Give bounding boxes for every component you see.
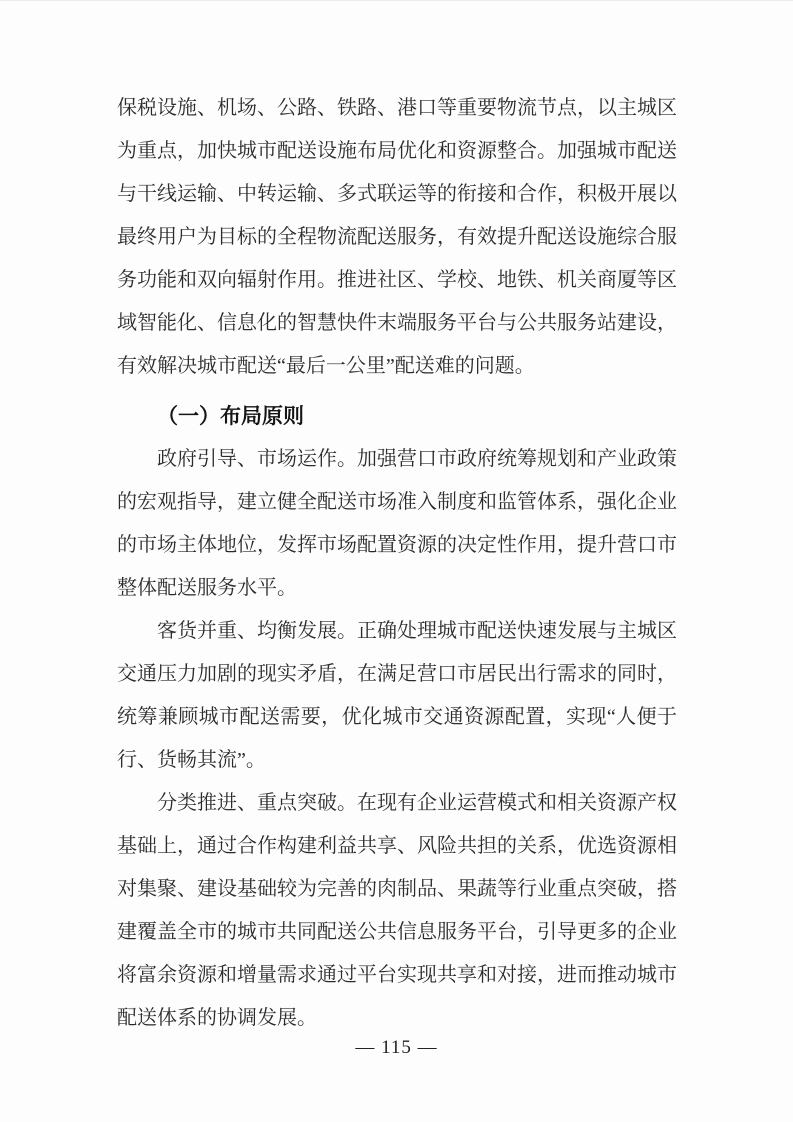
paragraph-1-line: 为重点，加快城市配送设施布局优化和资源整合。加强城市配送 — [117, 130, 677, 173]
paragraph-1-line: 保税设施、机场、公路、铁路、港口等重要物流节点，以主城区 — [117, 87, 677, 130]
paragraph-1-line: 域智能化、信息化的智慧快件末端服务平台与公共服务站建设， — [117, 302, 677, 345]
paragraph-1-line: 有效解决城市配送“最后一公里”配送难的问题。 — [117, 345, 677, 388]
paragraph-4-line: 基础上，通过合作构建利益共享、风险共担的关系，优选资源相 — [117, 825, 677, 868]
paragraph-1-line: 与干线运输、中转运输、多式联运等的衔接和合作，积极开展以 — [117, 173, 677, 216]
document-body: 保税设施、机场、公路、铁路、港口等重要物流节点，以主城区 为重点，加快城市配送设… — [117, 87, 677, 1040]
section-heading: （一）布局原则 — [117, 395, 677, 438]
paragraph-1-line: 务功能和双向辐射作用。推进社区、学校、地铁、机关商厦等区 — [117, 259, 677, 302]
page-number: — 115 — — [0, 1034, 793, 1062]
paragraph-4-line: 分类推进、重点突破。在现有企业运营模式和相关资源产权 — [117, 782, 677, 825]
paragraph-2-line: 整体配送服务水平。 — [117, 567, 677, 610]
paragraph-4-line: 建覆盖全市的城市共同配送公共信息服务平台，引导更多的企业 — [117, 911, 677, 954]
paragraph-1-line: 最终用户为目标的全程物流配送服务，有效提升配送设施综合服 — [117, 216, 677, 259]
paragraph-3-line: 统筹兼顾城市配送需要，优化城市交通资源配置，实现“人便于 — [117, 696, 677, 739]
paragraph-3-line: 客货并重、均衡发展。正确处理城市配送快速发展与主城区 — [117, 610, 677, 653]
paragraph-3-line: 交通压力加剧的现实矛盾，在满足营口市居民出行需求的同时， — [117, 653, 677, 696]
paragraph-3-line: 行、货畅其流”。 — [117, 739, 677, 782]
document-page: 保税设施、机场、公路、铁路、港口等重要物流节点，以主城区 为重点，加快城市配送设… — [0, 0, 793, 1122]
paragraph-2-line: 政府引导、市场运作。加强营口市政府统筹规划和产业政策 — [117, 438, 677, 481]
paragraph-2-line: 的市场主体地位，发挥市场配置资源的决定性作用，提升营口市 — [117, 524, 677, 567]
paragraph-4-line: 将富余资源和增量需求通过平台实现共享和对接，进而推动城市 — [117, 954, 677, 997]
paragraph-2-line: 的宏观指导，建立健全配送市场准入制度和监管体系，强化企业 — [117, 481, 677, 524]
paragraph-4-line: 对集聚、建设基础较为完善的肉制品、果蔬等行业重点突破，搭 — [117, 868, 677, 911]
